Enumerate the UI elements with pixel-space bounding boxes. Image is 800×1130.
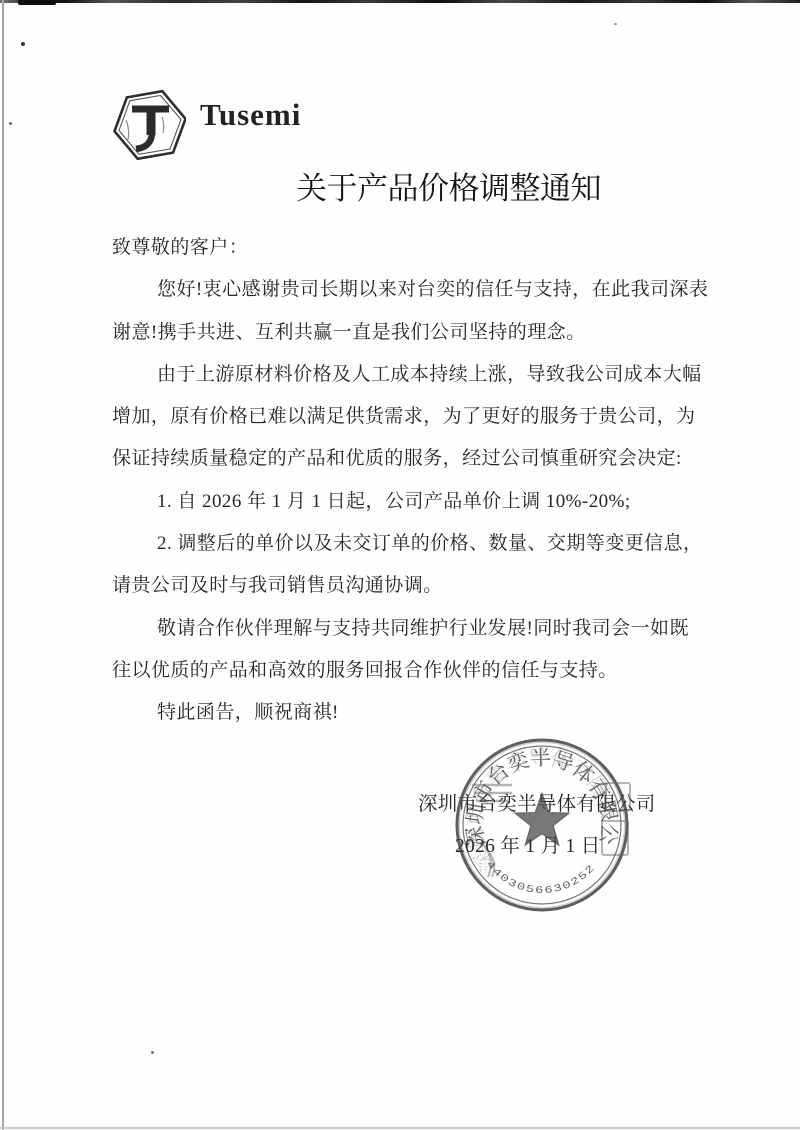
letter-title: 关于产品价格调整通知 [296, 163, 601, 208]
scan-edge-blob [18, 0, 56, 5]
scan-edge-left [2, 0, 4, 1130]
scan-speck [614, 23, 617, 25]
brand-name: Tusemi [200, 99, 301, 130]
hexagon-t-logo-icon [110, 88, 186, 160]
scan-speck [21, 42, 25, 46]
body-line-item-1: 1. 自 2026 年 1 月 1 日起，公司产品单价上调 10%-20%; [112, 481, 696, 523]
scan-speck [151, 1051, 154, 1054]
body-line: 谢意!携手共进、互利共赢一直是我们公司坚持的理念。 [112, 312, 696, 354]
company-seal-stamp: 深圳市台奕半导体有限公司 4403056630252 深圳市台奕半导体有限公司 [442, 725, 642, 925]
body-line: 往以优质的产品和高效的服务回报合作伙伴的信任与支持。 [112, 650, 696, 692]
scan-edge-bottom [0, 1127, 800, 1129]
body-line: 保证持续质量稳定的产品和优质的服务，经过公司慎重研究会决定: [112, 438, 696, 480]
star-icon [515, 794, 568, 845]
scanned-letter-page: Tusemi 关于产品价格调整通知 致尊敬的客户： 您好!衷心感谢贵司长期以来对… [0, 0, 800, 1130]
body-line: 您好!衷心感谢贵司长期以来对台奕的信任与支持，在此我司深表 [112, 269, 696, 311]
scan-speck [9, 122, 12, 125]
body-line-salutation: 致尊敬的客户： [112, 227, 696, 269]
body-line: 由于上游原材料价格及人工成本持续上涨，导致我公司成本大幅 [112, 354, 696, 396]
company-logo: Tusemi [110, 88, 301, 160]
scan-edge-top [0, 0, 800, 3]
body-line: 请贵公司及时与我司销售员沟通协调。 [112, 565, 696, 607]
body-line: 敬请合作伙伴理解与支持共同维护行业发展!同时我司会一如既 [112, 608, 696, 650]
body-line: 增加，原有价格已难以满足供货需求，为了更好的服务于贵公司，为 [112, 396, 696, 438]
body-line-item-2: 2. 调整后的单价以及未交订单的价格、数量、交期等变更信息， [112, 523, 696, 565]
letter-body: 致尊敬的客户： 您好!衷心感谢贵司长期以来对台奕的信任与支持，在此我司深表 谢意… [112, 227, 696, 735]
